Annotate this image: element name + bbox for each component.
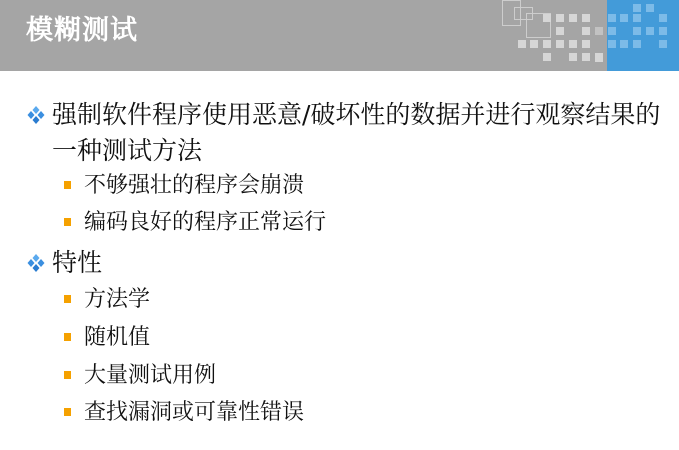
square-bullet-icon — [64, 333, 71, 341]
square-bullet-icon — [64, 295, 71, 303]
square-bullet-icon — [64, 371, 71, 379]
bullet-level2: 大量测试用例 — [64, 360, 216, 392]
bullet-text: 特性 — [52, 245, 679, 281]
bullet-text: 强制软件程序使用恶意/破坏性的数据并进行观察结果的一种测试方法 — [52, 97, 679, 169]
bullet-level1: 强制软件程序使用恶意/破坏性的数据并进行观察结果的一种测试方法 — [26, 97, 679, 169]
square-bullet-icon — [64, 408, 71, 416]
bullet-text: 随机值 — [84, 322, 150, 354]
bullet-level1: 特性 — [26, 245, 679, 281]
bullet-level2: 方法学 — [64, 284, 150, 316]
slide-body: 强制软件程序使用恶意/破坏性的数据并进行观察结果的一种测试方法 不够强壮的程序会… — [0, 0, 679, 450]
slide: 模糊测试 — [0, 0, 679, 450]
bullet-text: 大量测试用例 — [84, 360, 216, 392]
diamond-cluster-icon — [26, 253, 46, 273]
bullet-level2: 查找漏洞或可靠性错误 — [64, 397, 304, 429]
bullet-text: 方法学 — [84, 284, 150, 316]
bullet-text: 不够强壮的程序会崩溃 — [84, 170, 304, 202]
bullet-level2: 随机值 — [64, 322, 150, 354]
bullet-level2: 不够强壮的程序会崩溃 — [64, 170, 304, 202]
diamond-cluster-icon — [26, 105, 46, 125]
square-bullet-icon — [64, 218, 71, 226]
bullet-text: 查找漏洞或可靠性错误 — [84, 397, 304, 429]
bullet-level2: 编码良好的程序正常运行 — [64, 207, 326, 239]
square-bullet-icon — [64, 181, 71, 189]
bullet-text: 编码良好的程序正常运行 — [84, 207, 326, 239]
